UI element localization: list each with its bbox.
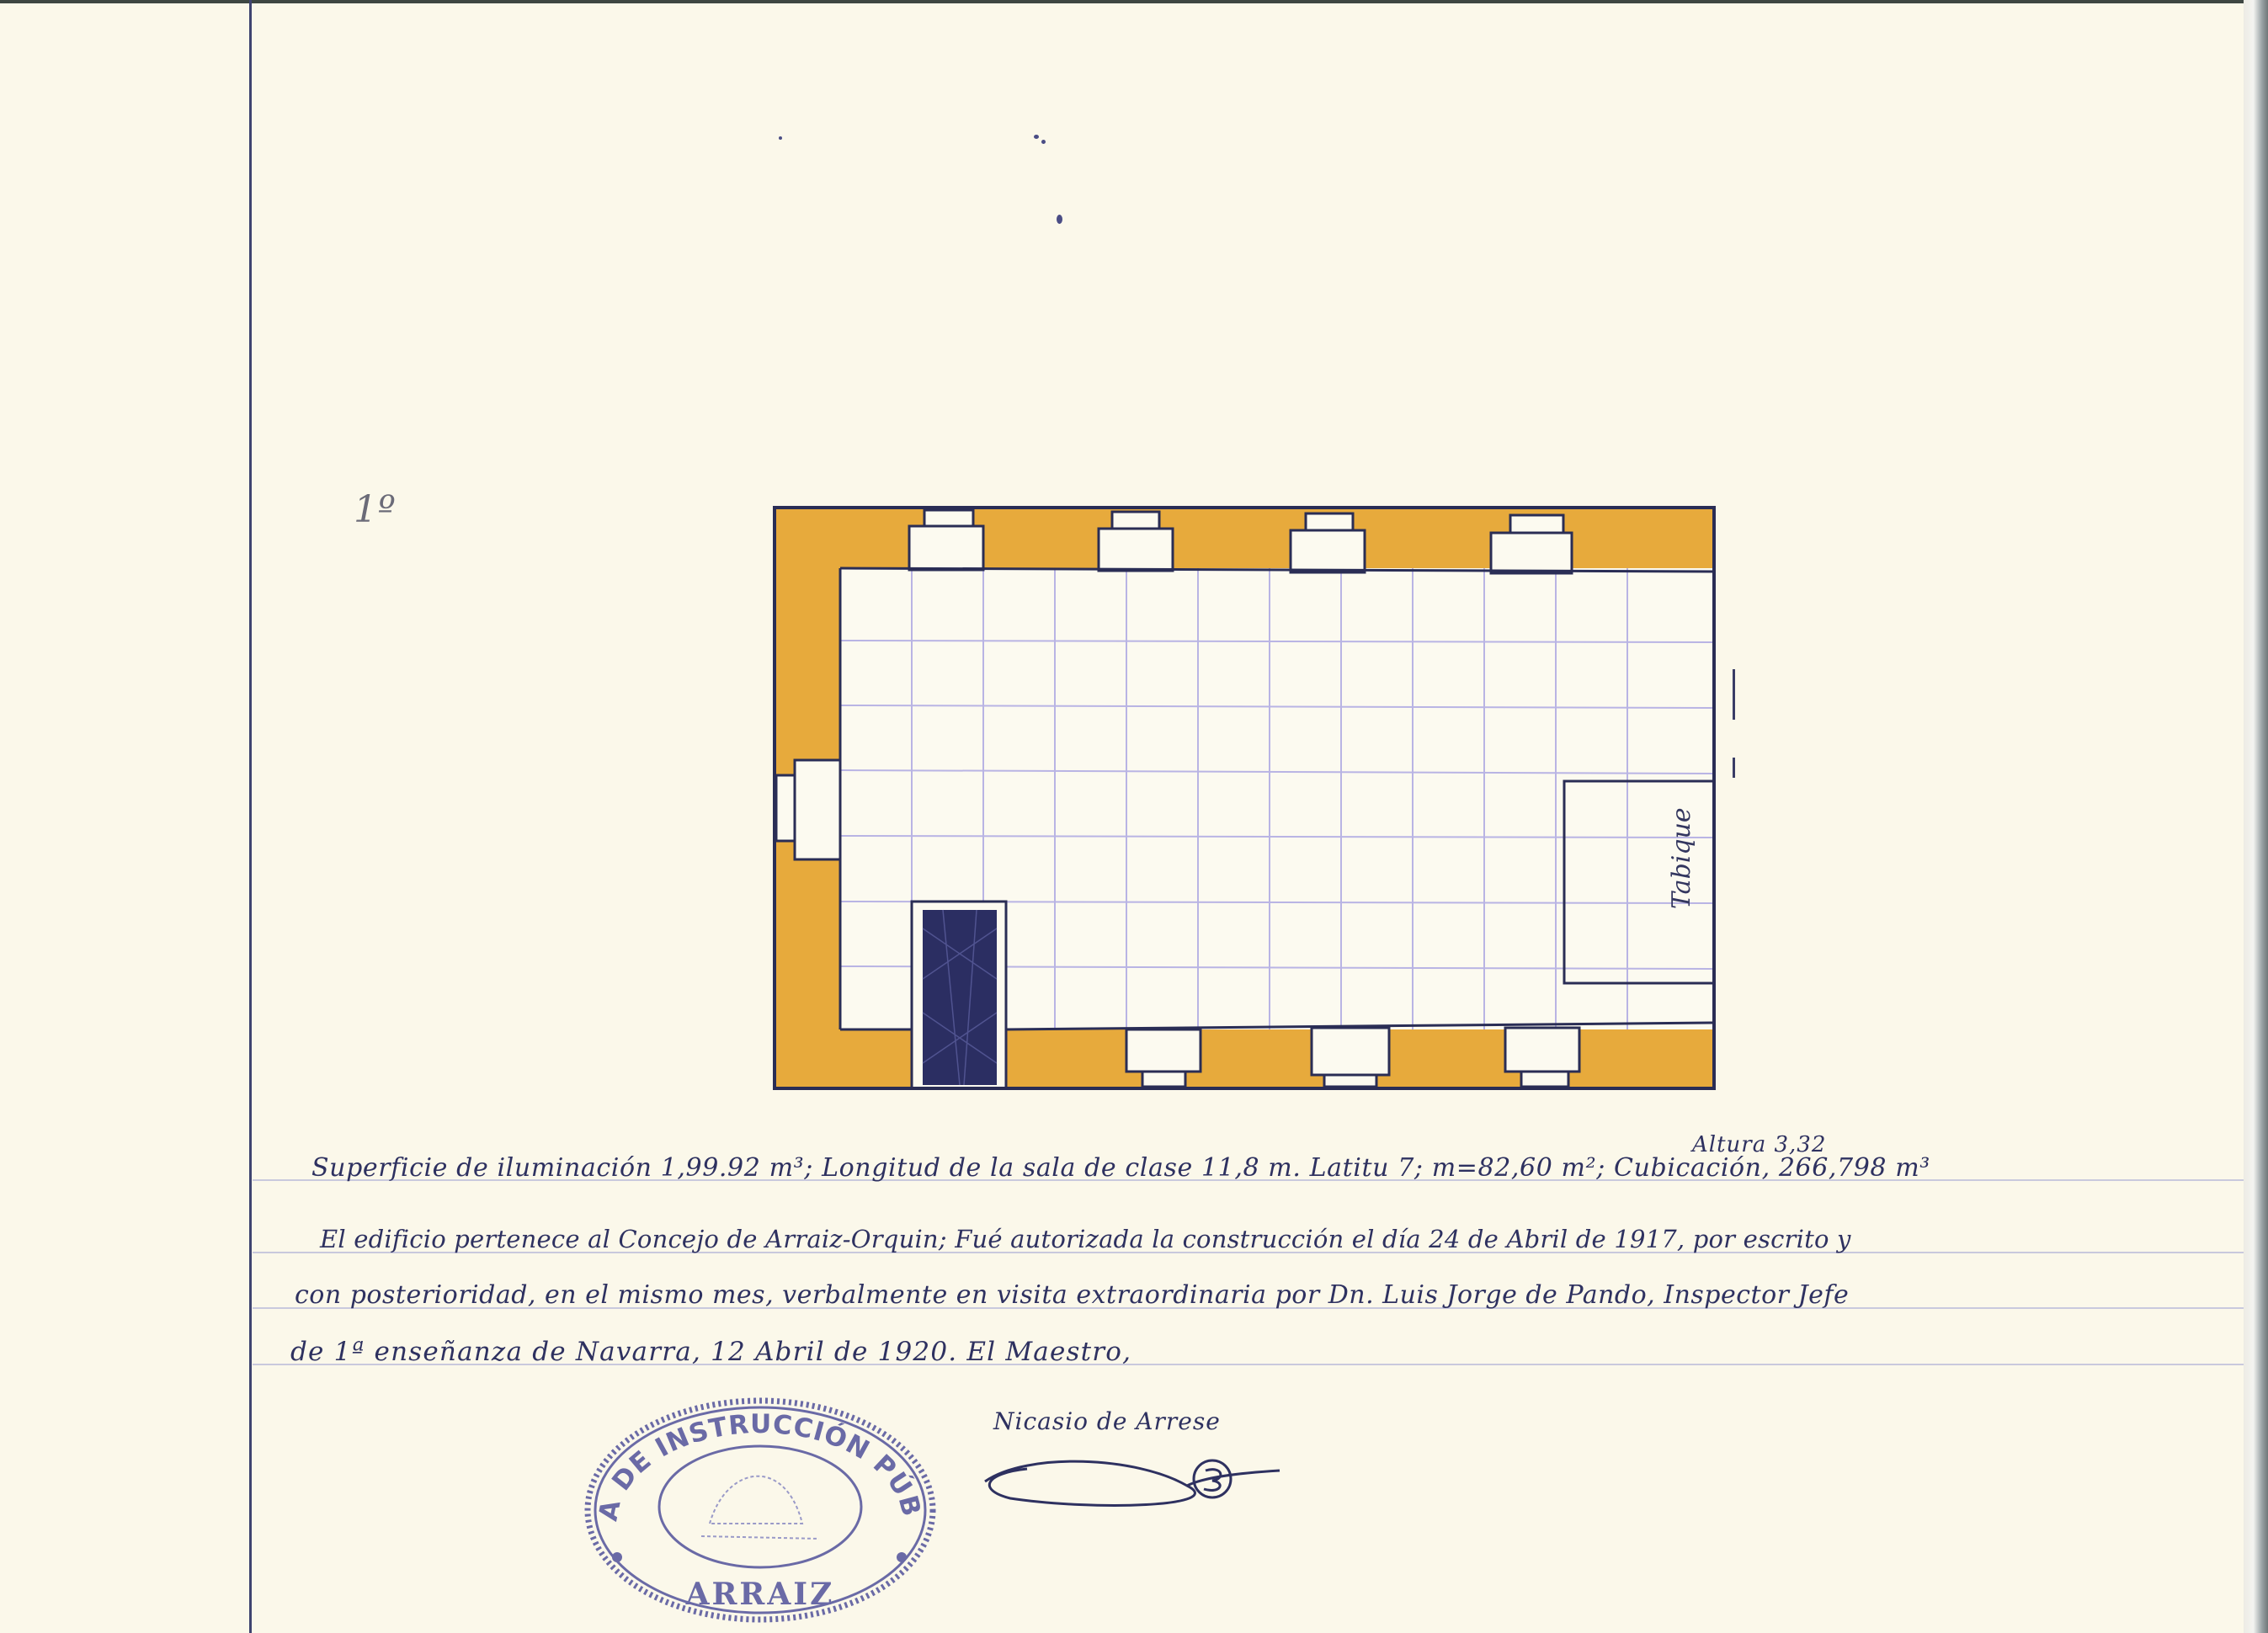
ink-mark [779,136,782,140]
classroom-floor-plan [775,508,1714,1088]
signature-flourish-drawing [977,1435,1296,1528]
text-line-edificio: El edificio pertenece al Concejo de Arra… [320,1225,1851,1253]
ink-mark [1041,140,1046,144]
margin-line [249,0,252,1633]
stamp-outer-text: ESCUELA DE INSTRUCCIÓN PÚBLICA DE [583,1397,927,1524]
page-right-edge [2244,0,2268,1633]
page-top-edge [0,0,2268,3]
text-line-posterioridad: con posterioridad, en el mismo mes, verb… [295,1280,1849,1310]
tabique-label: Tabique [1667,807,1696,909]
text-line-navarra: de 1ª enseñanza de Navarra, 12 Abril de … [290,1337,1131,1367]
signature-name: Nicasio de Arrese [993,1407,1221,1435]
page-number: 1º [354,488,397,531]
floor-plan-drawing [775,508,1714,1088]
tabique-dash [1733,758,1735,778]
signature-flourish [977,1435,1296,1528]
text-line-superficie: Superficie de iluminación 1,99.92 m³; Lo… [311,1153,1930,1183]
svg-text:ESCUELA DE INSTRUCCIÓN PÚBLICA: ESCUELA DE INSTRUCCIÓN PÚBLICA DE [583,1397,927,1524]
ink-mark [1057,215,1062,224]
school-stamp: ESCUELA DE INSTRUCCIÓN PÚBLICA DE ARRAIZ [583,1397,937,1623]
tabique-dash [1733,669,1735,720]
school-stamp-seal: ESCUELA DE INSTRUCCIÓN PÚBLICA DE ARRAIZ [583,1397,937,1623]
stamp-bottom-text: ARRAIZ [685,1577,835,1612]
ink-mark [1034,135,1039,139]
